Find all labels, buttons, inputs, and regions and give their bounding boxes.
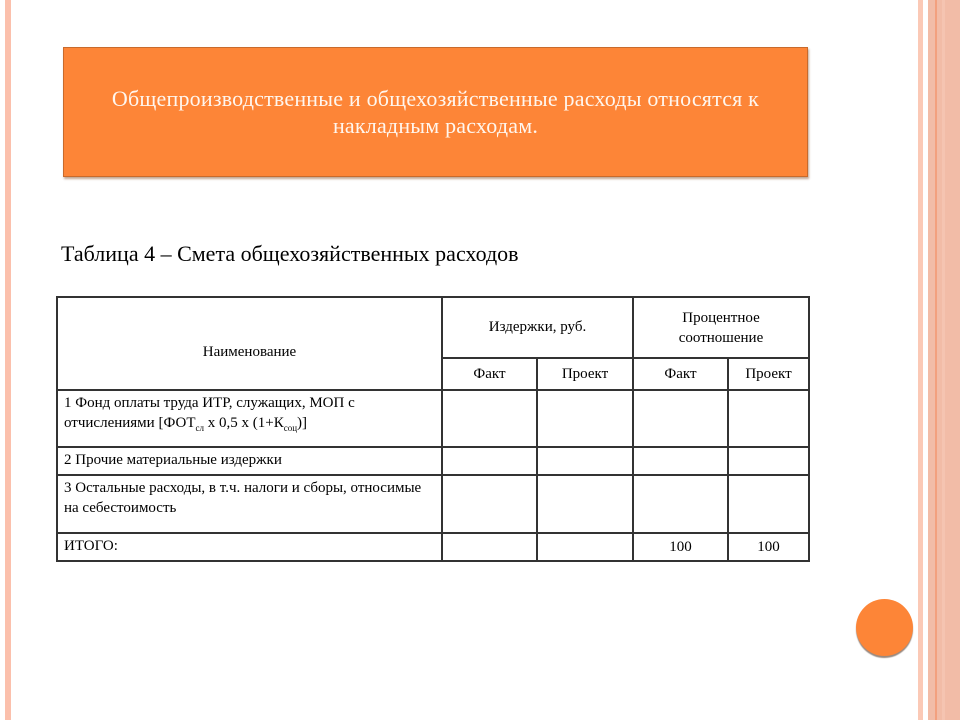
cell-cost-project [537, 475, 633, 533]
cell-pct-project [728, 447, 809, 475]
row-name: ИТОГО: [57, 533, 442, 561]
right-border-stripe-thin [918, 0, 923, 720]
header-cost-fact: Факт [442, 358, 537, 390]
cell-cost-project [537, 533, 633, 561]
header-pct-project: Проект [728, 358, 809, 390]
cell-pct-fact: 100 [633, 533, 728, 561]
table-row-total: ИТОГО: 100 100 [57, 533, 809, 561]
left-border-stripe [5, 0, 11, 720]
header-costs: Издержки, руб. [442, 297, 633, 358]
header-percent: Процентное соотношение [633, 297, 809, 358]
cell-cost-fact [442, 533, 537, 561]
cell-pct-project: 100 [728, 533, 809, 561]
cell-cost-project [537, 390, 633, 447]
row-name: 3 Остальные расходы, в т.ч. налоги и сбо… [57, 475, 442, 533]
cell-pct-project [728, 475, 809, 533]
cell-cost-fact [442, 475, 537, 533]
cell-cost-fact [442, 447, 537, 475]
table-row: 1 Фонд оплаты труда ИТР, служащих, МОП с… [57, 390, 809, 447]
expense-estimate-table: Наименование Издержки, руб. Процентное с… [56, 296, 810, 562]
cell-pct-fact [633, 447, 728, 475]
row-name: 1 Фонд оплаты труда ИТР, служащих, МОП с… [57, 390, 442, 447]
callout-text: Общепроизводственные и общехозяйственные… [106, 85, 766, 139]
cell-pct-project [728, 390, 809, 447]
cell-pct-fact [633, 390, 728, 447]
header-pct-fact: Факт [633, 358, 728, 390]
orange-circle-icon [856, 599, 913, 656]
cell-cost-fact [442, 390, 537, 447]
header-row: Наименование Издержки, руб. Процентное с… [57, 297, 809, 358]
table-row: 2 Прочие материальные издержки [57, 447, 809, 475]
row-name: 2 Прочие материальные издержки [57, 447, 442, 475]
callout-box: Общепроизводственные и общехозяйственные… [63, 47, 808, 177]
cell-pct-fact [633, 475, 728, 533]
right-border-stripe-accent [935, 0, 937, 720]
right-border-stripe-shade [942, 0, 945, 720]
table-row: 3 Остальные расходы, в т.ч. налоги и сбо… [57, 475, 809, 533]
table-caption: Таблица 4 – Смета общехозяйственных расх… [61, 241, 519, 267]
cell-cost-project [537, 447, 633, 475]
header-name: Наименование [57, 297, 442, 390]
header-cost-project: Проект [537, 358, 633, 390]
